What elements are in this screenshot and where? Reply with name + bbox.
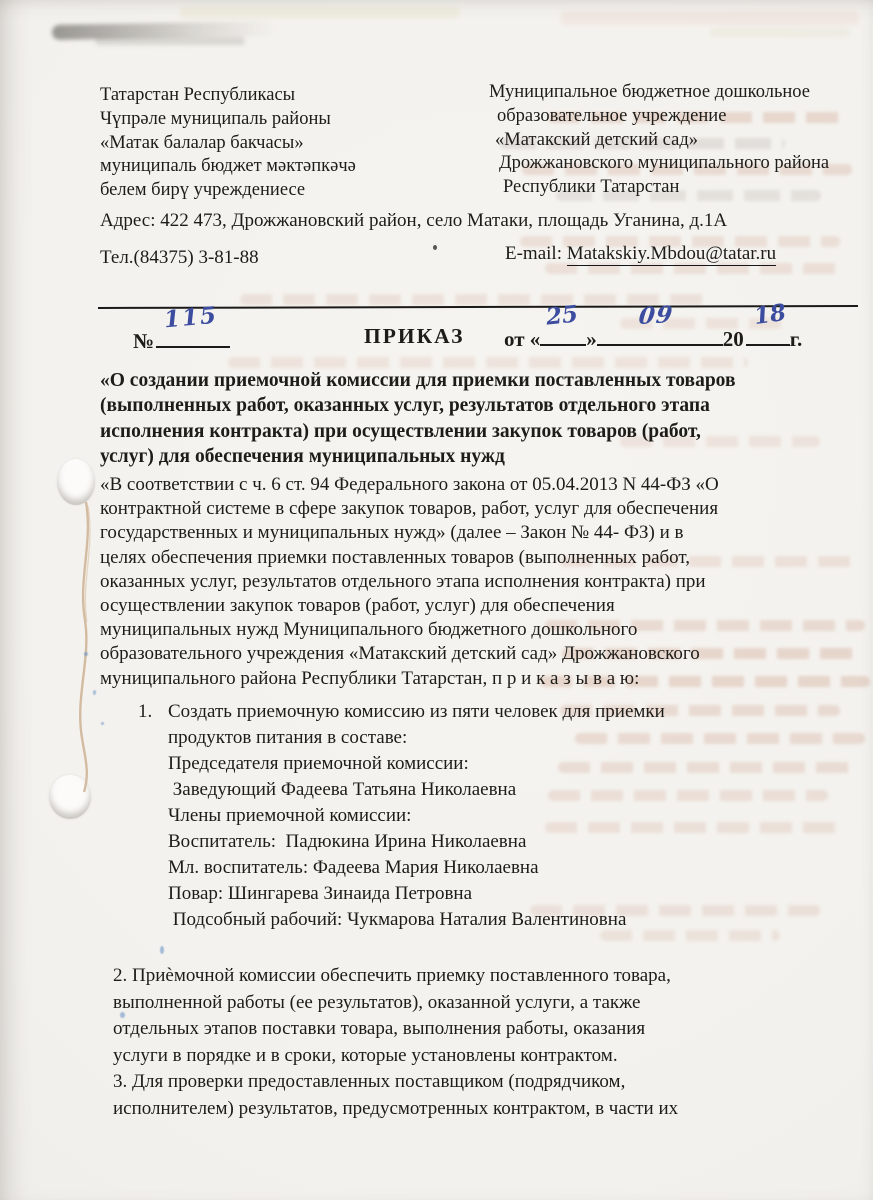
date-year-suffix: г. bbox=[790, 327, 802, 351]
preamble-line: оказанных услуг, результатов отдельного … bbox=[100, 570, 719, 594]
item-2-line: 2. Приѐмочной комиссии обеспечить приемк… bbox=[113, 963, 678, 990]
org-russian-line: Республики Татарстан bbox=[489, 176, 829, 200]
ink-speck bbox=[93, 690, 96, 695]
item-1-line: Повар: Шингарева Зинаида Петровна bbox=[168, 881, 665, 907]
preamble-line: целях обеспечения приемки поставленных т… bbox=[100, 546, 719, 570]
punch-hole bbox=[57, 459, 95, 505]
date-year-blank: 18 bbox=[746, 324, 790, 346]
scanned-document-page: Татарстан Республикасы Чүпрәле муниципал… bbox=[0, 0, 873, 1200]
date-day-handwritten: 25 bbox=[545, 302, 579, 328]
order-items-2-3: 2. Приѐмочной комиссии обеспечить приемк… bbox=[113, 963, 678, 1122]
order-number-group: №115 bbox=[133, 326, 230, 354]
email-line: E-mail: Matakskiy.Mbdou@tatar.ru bbox=[505, 243, 776, 265]
item-3-line: исполнителем) результатов, предусмотренн… bbox=[113, 1096, 678, 1123]
org-tatar-line: «Матак балалар бакчасы» bbox=[100, 132, 356, 156]
scan-smudge bbox=[95, 37, 245, 45]
order-item-1: 1. Создать приемочную комиссию из пяти ч… bbox=[138, 699, 665, 933]
order-header-row: №115 ПРИКАЗ от «25»092018г. bbox=[0, 322, 873, 362]
date-close-quote: » bbox=[586, 327, 597, 351]
item-1-line: Члены приемочной комиссии: bbox=[168, 803, 665, 829]
ink-speck bbox=[160, 946, 164, 954]
preamble-line: муниципального района Республики Татарст… bbox=[100, 667, 719, 691]
order-number-handwritten: 115 bbox=[163, 304, 219, 332]
order-date-group: от «25»092018г. bbox=[504, 324, 802, 352]
scan-smudge bbox=[560, 11, 860, 25]
item-1-line: Председателя приемочной комиссии: bbox=[168, 751, 665, 777]
item-2-line: услуги в порядке и в сроки, которые уста… bbox=[113, 1043, 678, 1070]
order-preamble: «В соответствии с ч. 6 ст. 94 Федерально… bbox=[100, 473, 719, 691]
order-subject: «О создании приемочной комиссии для прие… bbox=[100, 368, 735, 469]
preamble-line: осуществлении закупок товаров (работ, ус… bbox=[100, 594, 719, 618]
date-year-handwritten: 18 bbox=[752, 301, 787, 328]
order-title: ПРИКАЗ bbox=[364, 324, 465, 349]
preamble-line: «В соответствии с ч. 6 ст. 94 Федерально… bbox=[100, 473, 719, 497]
date-prefix: от « bbox=[504, 327, 540, 351]
org-tatar-line: белем бирү учреждениесе bbox=[100, 179, 356, 203]
org-russian-line: Дрожжановского муниципального района bbox=[489, 152, 829, 176]
address-line: Адрес: 422 473, Дрожжановский район, сел… bbox=[100, 210, 727, 232]
subject-line: (выполненных работ, оказанных услуг, рез… bbox=[100, 393, 735, 418]
date-month-handwritten: 09 bbox=[637, 303, 674, 328]
item-1-line: Заведующий Фадеева Татьяна Николаевна bbox=[168, 777, 665, 803]
org-tatar-line: Татарстан Республикасы bbox=[100, 84, 356, 108]
org-block-tatar: Татарстан Республикасы Чүпрәле муниципал… bbox=[100, 84, 356, 203]
item-1-line: Мл. воспитатель: Фадеева Мария Николаевн… bbox=[168, 855, 665, 881]
date-month-blank: 09 bbox=[597, 324, 723, 346]
scan-smudge bbox=[180, 7, 460, 18]
item-1-text: Создать приемочную комиссию из пяти чело… bbox=[168, 699, 665, 933]
date-century: 20 bbox=[723, 327, 744, 351]
ink-speck bbox=[84, 652, 88, 656]
subject-line: услуг) для обеспечения муниципальных нуж… bbox=[100, 444, 735, 469]
ink-speck bbox=[101, 722, 104, 725]
item-3-line: 3. Для проверки предоставленных поставщи… bbox=[113, 1069, 678, 1096]
item-2-line: выполненной работы (ее результатов), ока… bbox=[113, 990, 678, 1017]
date-day-blank: 25 bbox=[540, 324, 586, 346]
scan-smudge bbox=[710, 28, 850, 37]
item-1-line: Подсобный рабочий: Чукмарова Наталия Вал… bbox=[168, 907, 665, 933]
item-1-number: 1. bbox=[138, 699, 152, 725]
subject-line: исполнения контракта) при осуществлении … bbox=[100, 419, 735, 444]
preamble-line: государственных и муниципальных нужд» (д… bbox=[100, 521, 719, 545]
org-block-russian: Муниципальное бюджетное дошкольное образ… bbox=[489, 81, 829, 200]
phone-line: Тел.(84375) 3-81-88 bbox=[100, 247, 259, 269]
item-1-line: продуктов питания в составе: bbox=[168, 725, 665, 751]
order-number-sign: № bbox=[133, 329, 154, 353]
order-number-blank: 115 bbox=[156, 326, 230, 348]
org-tatar-line: муниципаль бюджет мәктәпкәчә bbox=[100, 155, 356, 179]
org-russian-line: «Матакский детский сад» bbox=[489, 129, 829, 153]
ink-dot bbox=[433, 245, 437, 250]
preamble-line: муниципальных нужд Муниципального бюджет… bbox=[100, 618, 719, 642]
org-tatar-line: Чүпрәле муниципаль районы bbox=[100, 108, 356, 132]
org-russian-line: образовательное учреждение bbox=[489, 105, 829, 129]
email-address: Matakskiy.Mbdou@tatar.ru bbox=[567, 243, 776, 266]
item-1-line: Создать приемочную комиссию из пяти чело… bbox=[168, 699, 665, 725]
org-russian-line: Муниципальное бюджетное дошкольное bbox=[489, 81, 829, 105]
item-2-line: отдельных этапов поставки товара, выполн… bbox=[113, 1016, 678, 1043]
preamble-line: образовательного учреждения «Матакский д… bbox=[100, 642, 719, 666]
email-label: E-mail: bbox=[505, 243, 567, 264]
preamble-line: контрактной системе в сфере закупок това… bbox=[100, 497, 719, 521]
subject-line: «О создании приемочной комиссии для прие… bbox=[100, 368, 735, 393]
item-1-line: Воспитатель: Падюкина Ирина Николаевна bbox=[168, 829, 665, 855]
